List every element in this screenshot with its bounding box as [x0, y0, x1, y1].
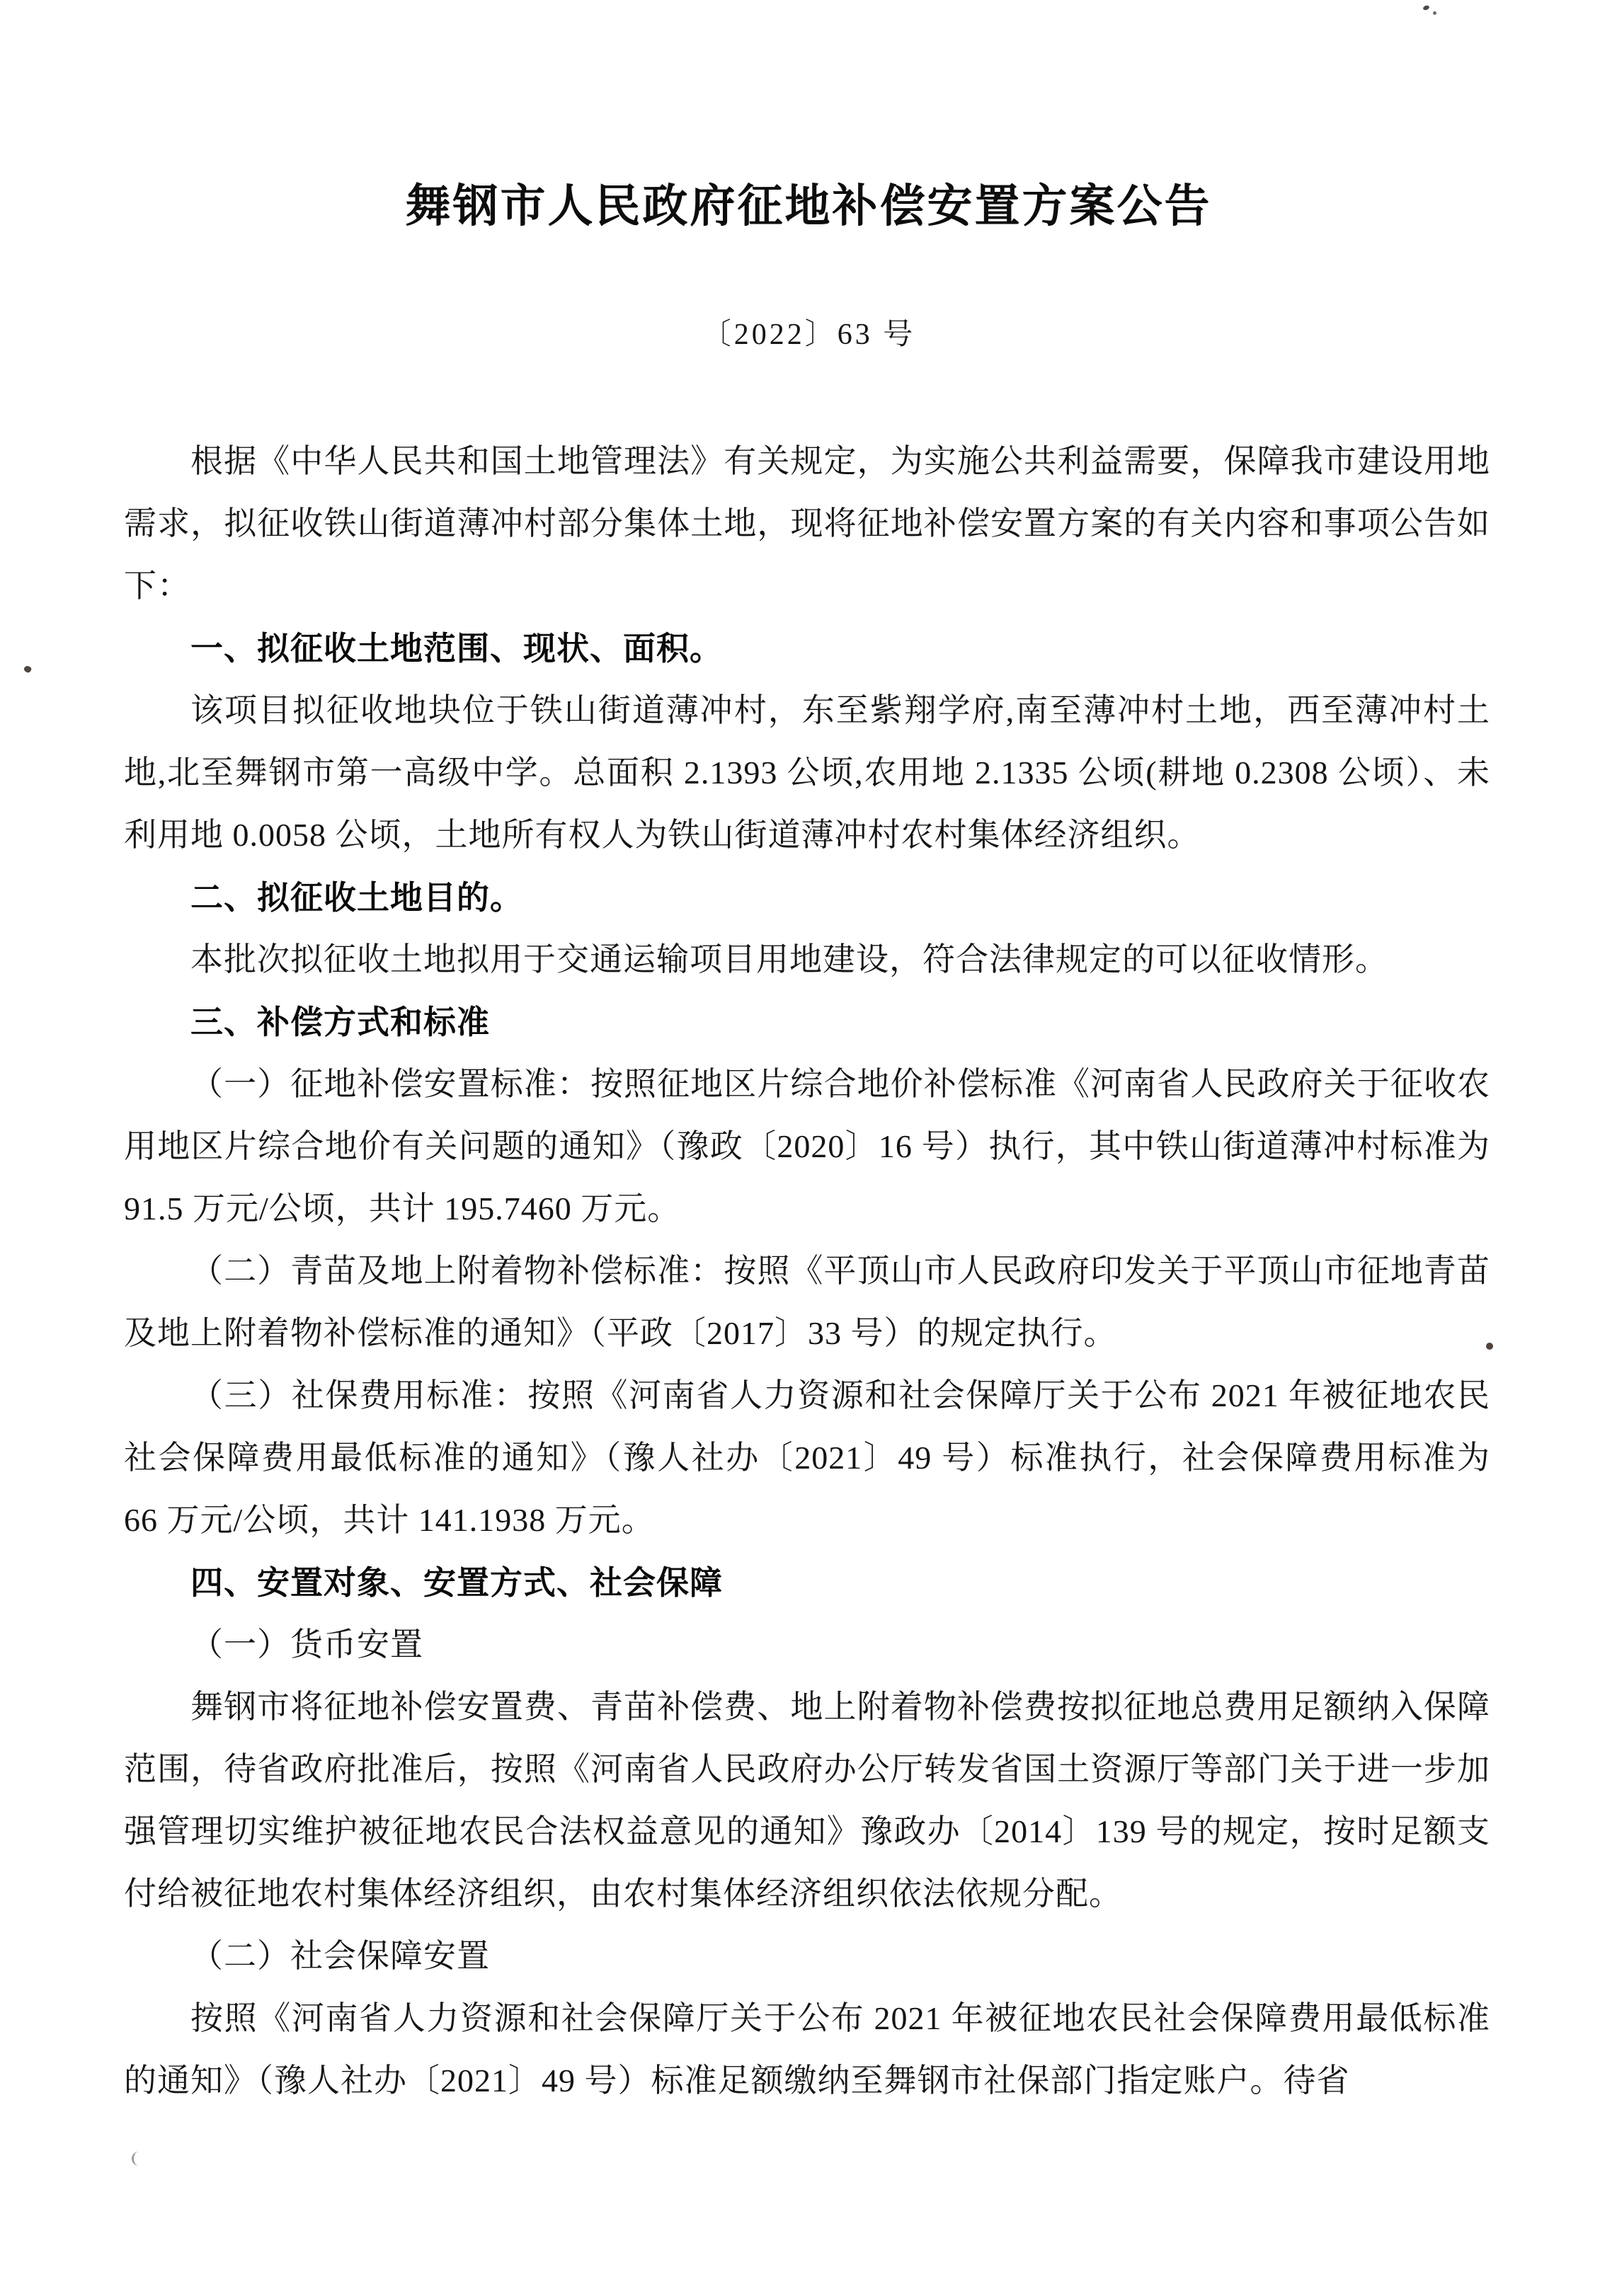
- paragraph-social-security-payment: 按照《河南省人力资源和社会保障厅关于公布 2021 年被征地农民社会保障费用最低…: [124, 1987, 1490, 2112]
- scan-speckle: [23, 665, 32, 674]
- section-heading-resettlement: 四、安置对象、安置方式、社会保障: [124, 1551, 1490, 1614]
- doc-number: 〔2022〕63 号: [0, 318, 1617, 351]
- subheading-monetary-resettlement: （一）货币安置: [124, 1614, 1490, 1676]
- paragraph-scope: 该项目拟征收地块位于铁山街道薄冲村，东至紫翔学府,南至薄冲村土地，西至薄冲村土地…: [124, 679, 1490, 866]
- subheading-social-security: （二）社会保障安置: [124, 1925, 1490, 1987]
- section-heading-compensation: 三、补偿方式和标准: [124, 991, 1490, 1053]
- section-heading-purpose: 二、拟征收土地目的。: [124, 866, 1490, 929]
- page-title: 舞钢市人民政府征地补偿安置方案公告: [0, 0, 1617, 231]
- scan-speckle: [1486, 1343, 1493, 1350]
- section-heading-scope: 一、拟征收土地范围、现状、面积。: [124, 617, 1490, 679]
- document-body: 根据《中华人民共和国土地管理法》有关规定，为实施公共利益需要，保障我市建设用地需…: [124, 430, 1490, 2112]
- paragraph-monetary-resettlement: 舞钢市将征地补偿安置费、青苗补偿费、地上附着物补偿费按拟征地总费用足额纳入保障范…: [124, 1676, 1490, 1925]
- paragraph-crops-standard: （二）青苗及地上附着物补偿标准：按照《平顶山市人民政府印发关于平顶山市征地青苗及…: [124, 1240, 1490, 1365]
- document-page: 舞钢市人民政府征地补偿安置方案公告 〔2022〕63 号 根据《中华人民共和国土…: [0, 0, 1617, 2296]
- paragraph-intro: 根据《中华人民共和国土地管理法》有关规定，为实施公共利益需要，保障我市建设用地需…: [124, 430, 1490, 617]
- scan-speckle: [1433, 11, 1436, 15]
- paragraph-social-security-standard: （三）社保费用标准：按照《河南省人力资源和社会保障厅关于公布 2021 年被征地…: [124, 1365, 1490, 1551]
- paragraph-purpose: 本批次拟征收土地拟用于交通运输项目用地建设，符合法律规定的可以征收情形。: [124, 929, 1490, 991]
- paragraph-compensation-standard: （一）征地补偿安置标准：按照征地区片综合地价补偿标准《河南省人民政府关于征收农用…: [124, 1053, 1490, 1240]
- scan-speckle: [132, 2152, 141, 2166]
